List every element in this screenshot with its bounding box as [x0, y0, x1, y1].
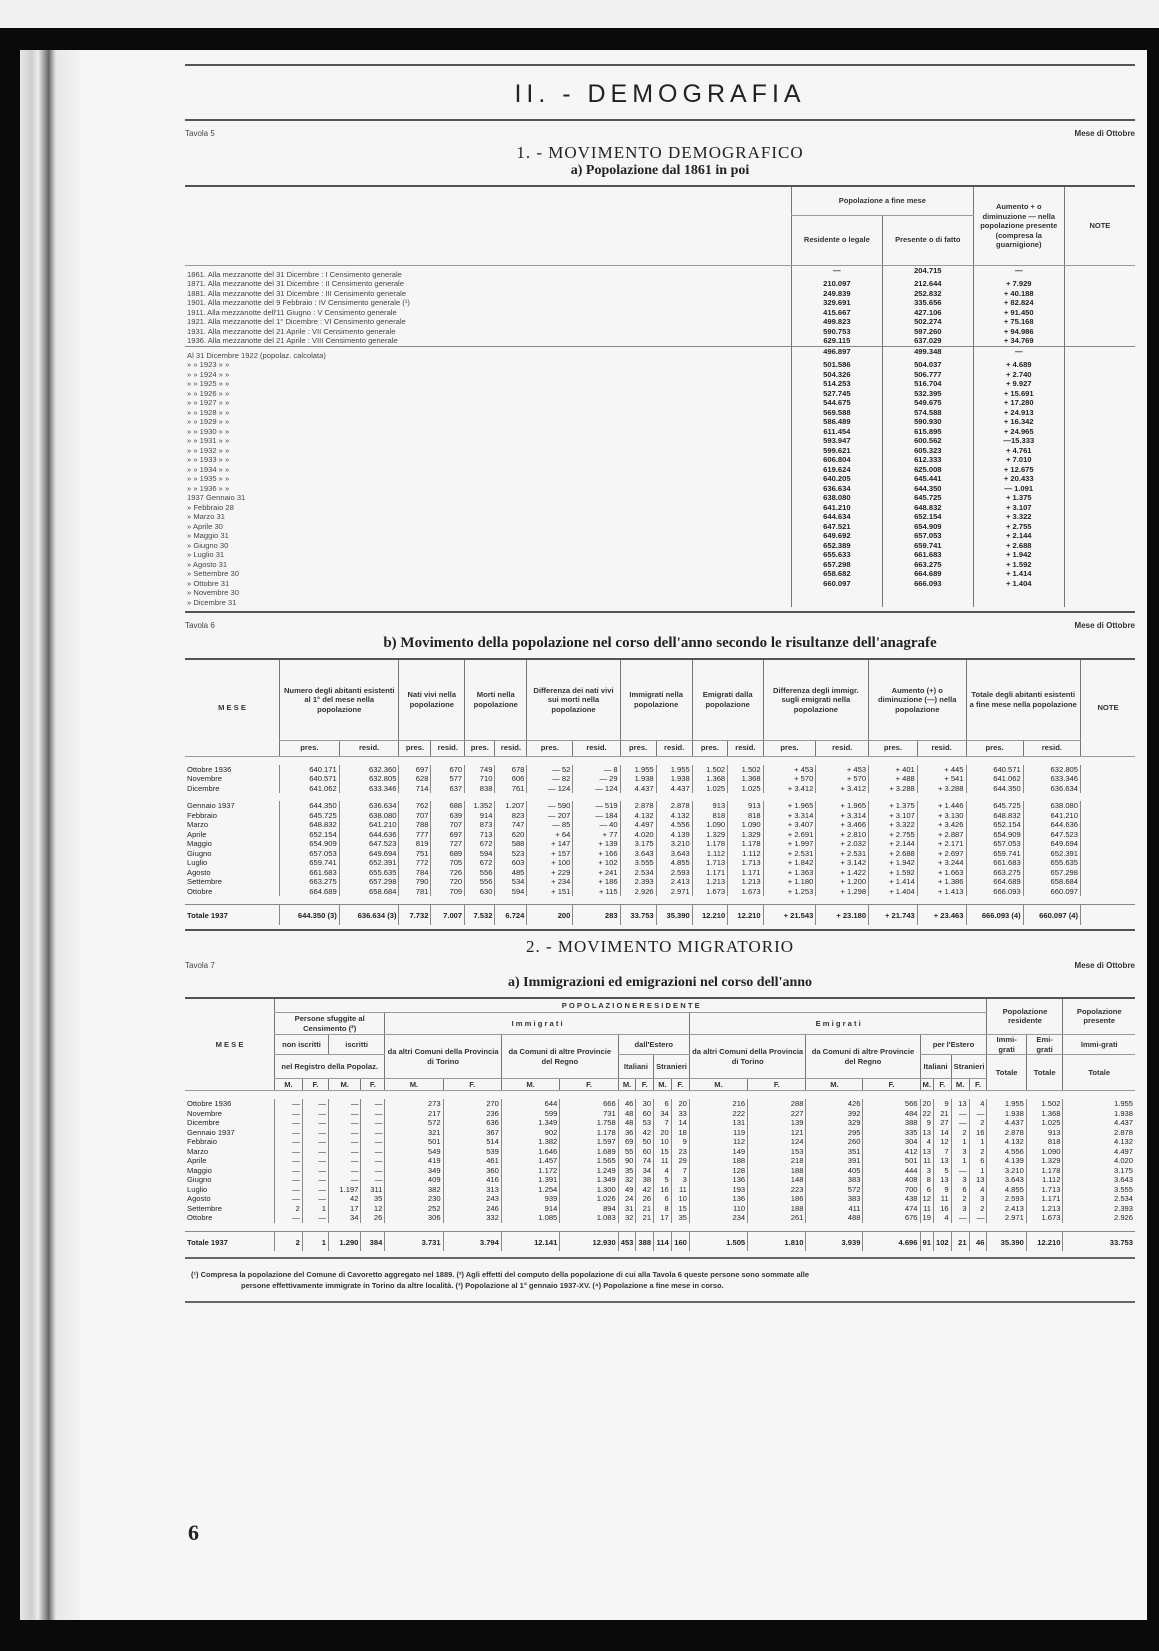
cell-value: — — [328, 1118, 360, 1128]
cell-value: + 2.171 — [917, 839, 966, 849]
cell-value: 914 — [501, 1204, 559, 1214]
row-label: 1931. Alla mezzanotte del 21 Aprile : VI… — [185, 327, 791, 337]
cell-aumento: + 82.824 — [973, 298, 1064, 308]
row-label: 1861. Alla mezzanotte del 31 Dicembre : … — [185, 265, 791, 279]
cell-value: 124 — [748, 1137, 806, 1147]
cell-value: 726 — [431, 868, 465, 878]
cell-value: + 1.997 — [763, 839, 816, 849]
cell-value: 321 — [385, 1128, 443, 1138]
cell-value: — 590 — [527, 801, 573, 811]
cell-value: 13 — [969, 1175, 987, 1185]
cell-aumento: + 17.280 — [973, 398, 1064, 408]
cell-value: 261 — [748, 1213, 806, 1223]
subheader-resid: resid. — [495, 740, 527, 756]
cell-value: 6 — [951, 1185, 969, 1195]
cell-value: 3.175 — [620, 839, 656, 849]
row-month: Totale 1937 — [185, 905, 280, 925]
table-row: Dicembre641.062633.346714637838761— 124—… — [185, 784, 1135, 794]
cell-value: 1.349 — [560, 1175, 618, 1185]
cell-value: 2.971 — [987, 1213, 1026, 1223]
cell-note — [1064, 346, 1135, 360]
cell-value: 2 — [275, 1204, 303, 1214]
row-label: » Marzo 31 — [185, 512, 791, 522]
table-subtitle: a) Immigrazioni ed emigrazioni nel corso… — [185, 975, 1135, 991]
row-label: » Aprile 30 — [185, 522, 791, 532]
subheader-m: M. — [654, 1079, 672, 1091]
cell-residente: 593.947 — [791, 436, 882, 446]
cell-value: 819 — [399, 839, 431, 849]
cell-residente: 652.389 — [791, 541, 882, 551]
row-month: Giugno — [185, 1175, 275, 1185]
cell-residente: 569.588 — [791, 408, 882, 418]
cell-presente: 252.832 — [882, 289, 973, 299]
cell-value: 2 — [275, 1231, 303, 1251]
subheader-resid: resid. — [431, 740, 465, 756]
subheader-f: F. — [560, 1079, 618, 1091]
cell-value: 20 — [920, 1099, 933, 1109]
cell-value: 218 — [748, 1156, 806, 1166]
cell-value: 216 — [689, 1099, 747, 1109]
cell-value: + 2.810 — [816, 830, 869, 840]
cell-value: 1.090 — [1026, 1147, 1063, 1157]
cell-value: 485 — [495, 868, 527, 878]
cell-presente: 504.037 — [882, 360, 973, 370]
subheader-m: M. — [501, 1079, 559, 1091]
cell-value: 20 — [654, 1128, 672, 1138]
cell-value: 1.171 — [1026, 1194, 1063, 1204]
cell-value: 349 — [385, 1166, 443, 1176]
table-row: Dicembre————5726361.3491.758485371413113… — [185, 1118, 1135, 1128]
cell-value: — 8 — [573, 765, 620, 775]
table-row: » Settembre 30658.682664.689+ 1.414 — [185, 569, 1135, 579]
cell-value: 50 — [636, 1137, 654, 1147]
cell-value: — 82 — [527, 774, 573, 784]
row-label: » » 1923 » » — [185, 360, 791, 370]
cell-value: + 3.407 — [763, 820, 816, 830]
cell-note — [1064, 455, 1135, 465]
cell-aumento: + 2.740 — [973, 370, 1064, 380]
cell-value: 383 — [806, 1194, 863, 1204]
cell-value: 114 — [654, 1231, 672, 1251]
cell-note — [1064, 370, 1135, 380]
cell-value: — — [951, 1166, 969, 1176]
subheader-resid: resid. — [816, 740, 869, 756]
cell-value: 1.502 — [728, 765, 763, 775]
header-emigrati: Emigrati dalla popolazione — [692, 660, 763, 740]
cell-value: 27 — [933, 1118, 951, 1128]
table-row: » » 1930 » »611.454615.895+ 24.965 — [185, 427, 1135, 437]
cell-value: — — [275, 1099, 303, 1109]
cell-value: 644.636 — [339, 830, 399, 840]
cell-value: + 229 — [527, 868, 573, 878]
cell-value: 20 — [671, 1099, 689, 1109]
table-row: Giugno————4094161.3911.34932385313614838… — [185, 1175, 1135, 1185]
table-row: Luglio——1.1973113823131.2541.30049421611… — [185, 1185, 1135, 1195]
cell-value: + 1.965 — [816, 801, 869, 811]
cell-value: 3.731 — [385, 1231, 443, 1251]
cell-value: 1.085 — [501, 1213, 559, 1223]
row-label: » » 1927 » » — [185, 398, 791, 408]
cell-value: 672 — [465, 858, 495, 868]
cell-value: 4.437 — [620, 784, 656, 794]
cell-value: 193 — [689, 1185, 747, 1195]
cell-value: 1.112 — [728, 849, 763, 859]
cell-value: 710 — [465, 774, 495, 784]
cell-value: 6.724 — [495, 905, 527, 925]
cell-residente — [791, 588, 882, 598]
cell-value: 761 — [495, 784, 527, 794]
cell-value: 658.684 — [339, 887, 399, 897]
table-row: 1861. Alla mezzanotte del 31 Dicembre : … — [185, 265, 1135, 279]
row-month: Marzo — [185, 820, 280, 830]
cell-value: 2.393 — [1063, 1204, 1135, 1214]
cell-residente: 527.745 — [791, 389, 882, 399]
cell-aumento: + 7.010 — [973, 455, 1064, 465]
cell-value: 1.249 — [560, 1166, 618, 1176]
subheader-f: F. — [671, 1079, 689, 1091]
header-da-comuni-altre: da Comuni di altre Provincie del Regno — [501, 1035, 618, 1079]
row-label: » » 1931 » » — [185, 436, 791, 446]
cell-residente: 586.489 — [791, 417, 882, 427]
cell-value: 1.178 — [692, 839, 727, 849]
cell-value: 501 — [385, 1137, 443, 1147]
row-month: Marzo — [185, 1147, 275, 1157]
cell-value: — — [302, 1118, 328, 1128]
cell-value: 3.175 — [1063, 1166, 1135, 1176]
cell-value: 3.939 — [806, 1231, 863, 1251]
cell-value: 659.741 — [280, 858, 340, 868]
table-row: » » 1923 » »501.586504.037+ 4.689 — [185, 360, 1135, 370]
header-immi: Immi-grati — [987, 1035, 1026, 1055]
cell-aumento: + 94.986 — [973, 327, 1064, 337]
cell-value: 790 — [399, 877, 431, 887]
cell-value: 670 — [431, 765, 465, 775]
cell-value: 31 — [618, 1204, 636, 1214]
cell-value: + 2.697 — [917, 849, 966, 859]
cell-value: 1.955 — [987, 1099, 1026, 1109]
cell-value: 304 — [863, 1137, 920, 1147]
cell-value: 222 — [689, 1109, 747, 1119]
cell-value: 1.565 — [560, 1156, 618, 1166]
cell-value: 12.210 — [728, 905, 763, 925]
cell-value: 217 — [385, 1109, 443, 1119]
cell-presente — [882, 598, 973, 608]
cell-value: 1.689 — [560, 1147, 618, 1157]
cell-value: 7.532 — [465, 905, 495, 925]
footnotes: (¹) Compresa la popolazione del Comune d… — [185, 1257, 1135, 1303]
cell-aumento: + 12.675 — [973, 465, 1064, 475]
cell-value: 1.505 — [689, 1231, 747, 1251]
table-row: » » 1926 » »527.745532.395+ 15.691 — [185, 389, 1135, 399]
cell-value: 29 — [671, 1156, 689, 1166]
cell-value: — — [275, 1156, 303, 1166]
cell-value: 556 — [465, 868, 495, 878]
cell-value: — — [275, 1137, 303, 1147]
cell-value: 484 — [863, 1109, 920, 1119]
cell-residente: 249.839 — [791, 289, 882, 299]
table-row: 1931. Alla mezzanotte del 21 Aprile : VI… — [185, 327, 1135, 337]
page-content: II. - DEMOGRAFIA Tavola 5 Mese di Ottobr… — [185, 64, 1135, 1303]
cell-value: 3.210 — [656, 839, 692, 849]
cell-residente: 660.097 — [791, 579, 882, 589]
cell-value: 636.634 — [1023, 784, 1080, 794]
cell-value: — 184 — [573, 811, 620, 821]
cell-note — [1081, 765, 1136, 775]
header-registro: nel Registro della Popolaz. — [275, 1055, 385, 1079]
cell-value: 13 — [933, 1156, 951, 1166]
cell-value: — — [328, 1166, 360, 1176]
page-number: 6 — [188, 1520, 199, 1546]
cell-value: + 241 — [573, 868, 620, 878]
cell-value: + 3.412 — [816, 784, 869, 794]
subheader-f: F. — [969, 1079, 987, 1091]
cell-value: 260 — [806, 1137, 863, 1147]
subheader-f: F. — [748, 1079, 806, 1091]
table-row: » Maggio 31649.692657.053+ 2.144 — [185, 531, 1135, 541]
cell-value: 5 — [654, 1175, 672, 1185]
header-pop-residente: Popolazione residente — [987, 999, 1063, 1035]
cell-presente: 506.777 — [882, 370, 973, 380]
cell-value: — — [275, 1185, 303, 1195]
cell-note — [1064, 389, 1135, 399]
cell-value: 13 — [920, 1128, 933, 1138]
cell-value: + 1.386 — [917, 877, 966, 887]
cell-value: 23 — [671, 1147, 689, 1157]
cell-residente: 544.675 — [791, 398, 882, 408]
cell-value: 36 — [618, 1128, 636, 1138]
cell-value: 3 — [951, 1175, 969, 1185]
cell-value: 2 — [969, 1118, 987, 1128]
table-row: Ottobre 1936————273270644666463062021628… — [185, 1099, 1135, 1109]
cell-value: 1.178 — [728, 839, 763, 849]
cell-value: 26 — [636, 1194, 654, 1204]
cell-value: 4.132 — [620, 811, 656, 821]
cell-value: 762 — [399, 801, 431, 811]
cell-value: 60 — [636, 1147, 654, 1157]
cell-value: 556 — [465, 877, 495, 887]
cell-value: 4 — [933, 1213, 951, 1223]
cell-value: 1.457 — [501, 1156, 559, 1166]
cell-value: 351 — [806, 1147, 863, 1157]
subheader-resid: resid. — [917, 740, 966, 756]
cell-value: + 1.965 — [763, 801, 816, 811]
cell-value: 1.178 — [560, 1128, 618, 1138]
cell-value: 1.673 — [692, 887, 727, 897]
subheader-resid: resid. — [573, 740, 620, 756]
cell-value: 24 — [618, 1194, 636, 1204]
cell-value: 636.634 — [339, 801, 399, 811]
cell-value: 4.855 — [656, 858, 692, 868]
cell-value: 3 — [920, 1166, 933, 1176]
cell-value: + 570 — [763, 774, 816, 784]
cell-value: 149 — [689, 1147, 747, 1157]
cell-value: + 23.463 — [917, 905, 966, 925]
cell-residente: 619.624 — [791, 465, 882, 475]
cell-value: + 115 — [573, 887, 620, 897]
cell-value: 11 — [654, 1156, 672, 1166]
table-row: 1936. Alla mezzanotte del 21 Aprile : VI… — [185, 336, 1135, 346]
row-label: 1921. Alla mezzanotte del 1° Dicembre : … — [185, 317, 791, 327]
cell-residente: 590.753 — [791, 327, 882, 337]
cell-value: 1.025 — [1026, 1118, 1063, 1128]
scan-border-left — [0, 28, 20, 1651]
cell-value: 747 — [495, 820, 527, 830]
table-row: Luglio659.741652.391772705672603+ 100+ 1… — [185, 858, 1135, 868]
table-row: 1911. Alla mezzanotte dell'11 Giugno : V… — [185, 308, 1135, 318]
cell-value: 649.694 — [1023, 839, 1080, 849]
cell-value: — — [361, 1109, 385, 1119]
cell-value: — — [951, 1118, 969, 1128]
cell-note — [1064, 398, 1135, 408]
cell-value: — — [275, 1118, 303, 1128]
cell-presente: 605.323 — [882, 446, 973, 456]
cell-value: 223 — [748, 1185, 806, 1195]
cell-value: 1.938 — [987, 1109, 1026, 1119]
cell-value: 1.673 — [728, 887, 763, 897]
cell-value: 1.938 — [1063, 1109, 1135, 1119]
cell-value: 640.571 — [280, 774, 340, 784]
cell-value: 121 — [748, 1128, 806, 1138]
cell-aumento: + 7.929 — [973, 279, 1064, 289]
cell-value: 2.534 — [1063, 1194, 1135, 1204]
header-italiani: Italiani — [618, 1055, 653, 1079]
cell-value: 306 — [385, 1213, 443, 1223]
row-month: Totale 1937 — [185, 1231, 275, 1251]
cell-aumento: + 75.168 — [973, 317, 1064, 327]
cell-value: 3 — [951, 1147, 969, 1157]
cell-value: 391 — [806, 1156, 863, 1166]
cell-residente: 514.253 — [791, 379, 882, 389]
table-row: Aprile652.154644.636777697713620+ 64+ 77… — [185, 830, 1135, 840]
cell-presente: 204.715 — [882, 265, 973, 279]
cell-aumento: + 2.144 — [973, 531, 1064, 541]
cell-value: 620 — [495, 830, 527, 840]
cell-presente: 549.675 — [882, 398, 973, 408]
cell-value: 188 — [748, 1166, 806, 1176]
cell-value: 1.329 — [728, 830, 763, 840]
cell-value: 709 — [431, 887, 465, 897]
cell-note — [1081, 801, 1136, 811]
row-month: Settembre — [185, 1204, 275, 1214]
footnote-line-2: persone effettivamente immigrate in Tori… — [191, 1280, 1129, 1291]
table-row: 1881. Alla mezzanotte del 31 Dicembre : … — [185, 289, 1135, 299]
cell-value: 606 — [495, 774, 527, 784]
cell-note — [1064, 308, 1135, 318]
row-month: Novembre — [185, 774, 280, 784]
cell-value: 48 — [618, 1118, 636, 1128]
cell-value: 1.197 — [328, 1185, 360, 1195]
cell-value: 1.955 — [656, 765, 692, 775]
cell-value: 9 — [933, 1185, 951, 1195]
table-row: Maggio————3493601.1721.24935344712818840… — [185, 1166, 1135, 1176]
cell-value: — — [275, 1109, 303, 1119]
cell-value: — — [361, 1156, 385, 1166]
cell-value: 383 — [806, 1175, 863, 1185]
cell-value: 11 — [933, 1194, 951, 1204]
cell-value: 12 — [361, 1204, 385, 1214]
cell-value: 1.207 — [495, 801, 527, 811]
month-label: Mese di Ottobre — [1075, 621, 1135, 630]
cell-value: 2.878 — [987, 1128, 1026, 1138]
cell-aumento — [973, 598, 1064, 608]
cell-presente: 597.260 — [882, 327, 973, 337]
cell-value: 21 — [951, 1231, 969, 1251]
cell-value: 461 — [443, 1156, 501, 1166]
cell-value: 566 — [863, 1099, 920, 1109]
cell-value: + 2.032 — [816, 839, 869, 849]
cell-value: 1 — [951, 1156, 969, 1166]
cell-note — [1064, 336, 1135, 346]
cell-value: 727 — [431, 839, 465, 849]
table-row: » » 1929 » »586.489590.930+ 16.342 — [185, 417, 1135, 427]
cell-value: 641.062 — [280, 784, 340, 794]
cell-residente — [791, 598, 882, 608]
cell-value: 1 — [302, 1231, 328, 1251]
cell-value: 664.689 — [280, 887, 340, 897]
cell-value: 749 — [465, 765, 495, 775]
cell-value: 640.571 — [966, 765, 1023, 775]
row-label: » » 1924 » » — [185, 370, 791, 380]
row-label: 1911. Alla mezzanotte dell'11 Giugno : V… — [185, 308, 791, 318]
cell-value: 657.053 — [280, 849, 340, 859]
cell-value: 1.955 — [1063, 1099, 1135, 1109]
table-row: 1921. Alla mezzanotte del 1° Dicembre : … — [185, 317, 1135, 327]
row-month: Ottobre 1936 — [185, 1099, 275, 1109]
cell-presente: 654.909 — [882, 522, 973, 532]
cell-value: 7 — [933, 1147, 951, 1157]
cell-value: 4.556 — [656, 820, 692, 830]
cell-value: 873 — [465, 820, 495, 830]
subheader-pres: pres. — [620, 740, 656, 756]
cell-value: + 1.942 — [869, 858, 918, 868]
cell-note — [1081, 774, 1136, 784]
cell-value: 3.643 — [656, 849, 692, 859]
header-totale: Totale — [987, 1055, 1026, 1091]
cell-value: 12.210 — [692, 905, 727, 925]
cell-note — [1064, 298, 1135, 308]
cell-value: 657.053 — [966, 839, 1023, 849]
cell-value: 34 — [328, 1213, 360, 1223]
cell-value: 10 — [671, 1194, 689, 1204]
cell-note — [1064, 289, 1135, 299]
row-label: » Febbraio 28 — [185, 503, 791, 513]
cell-note — [1064, 427, 1135, 437]
cell-value: 6 — [920, 1185, 933, 1195]
table-row: » Agosto 31657.298663.275+ 1.592 — [185, 560, 1135, 570]
cell-value: 4 — [654, 1166, 672, 1176]
subheader-m: M. — [328, 1079, 360, 1091]
cell-value: 4 — [920, 1137, 933, 1147]
cell-value: — — [361, 1137, 385, 1147]
cell-residente: 658.682 — [791, 569, 882, 579]
section-title: 1. - MOVIMENTO DEMOGRAFICO — [185, 143, 1135, 163]
table-row: Gennaio 1937644.350636.6347626881.3521.2… — [185, 801, 1135, 811]
cell-value: 12.141 — [501, 1231, 559, 1251]
cell-value: 788 — [399, 820, 431, 830]
cell-value: 666.093 — [966, 887, 1023, 897]
subheader-resid: resid. — [339, 740, 399, 756]
row-month: Ottobre — [185, 887, 280, 897]
cell-value: 4.132 — [1063, 1137, 1135, 1147]
cell-value: 638.080 — [339, 811, 399, 821]
subheader-f: F. — [636, 1079, 654, 1091]
cell-value: 1.758 — [560, 1118, 618, 1128]
cell-value: — — [328, 1137, 360, 1147]
cell-value: 136 — [689, 1194, 747, 1204]
cell-value: + 453 — [816, 765, 869, 775]
cell-note — [1081, 887, 1136, 897]
cell-note — [1064, 379, 1135, 389]
